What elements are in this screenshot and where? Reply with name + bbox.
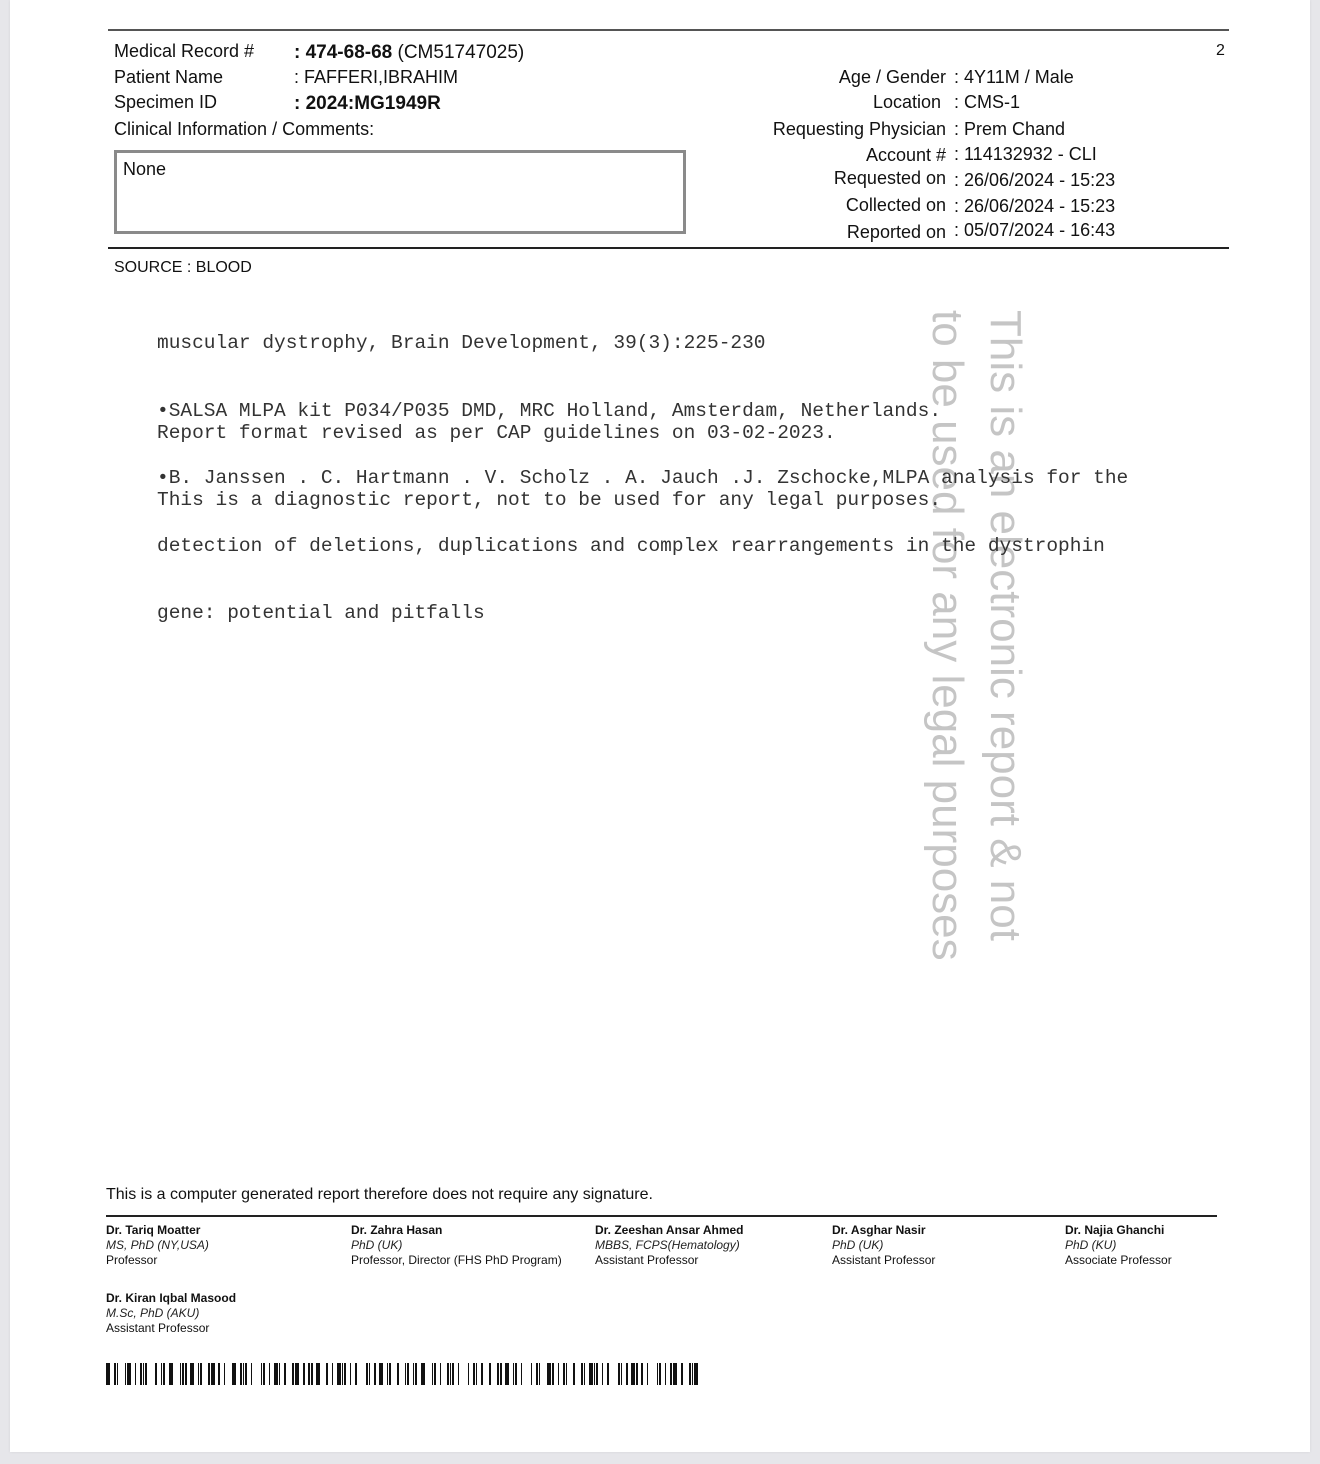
account-value: : 114132932 - CLI (954, 144, 1097, 165)
requesting-physician-label: Requesting Physician (646, 119, 946, 140)
requesting-physician-value: : Prem Chand (954, 119, 1065, 140)
doctor-title: Professor, Director (FHS PhD Program) (351, 1253, 562, 1268)
medical-record-value: : 474-68-68 (CM51747025) (294, 42, 524, 64)
clinical-comments-value: None (123, 159, 166, 180)
barcode (106, 1363, 698, 1385)
reference-line: detection of deletions, duplications and… (157, 535, 1128, 558)
source-label: SOURCE : BLOOD (114, 259, 252, 277)
doctor-title: Professor (106, 1253, 209, 1268)
header-divider (108, 247, 1229, 249)
reported-on-label: Reported on (646, 222, 946, 243)
doctor-qualification: PhD (UK) (832, 1238, 935, 1253)
requested-on-value: : 26/06/2024 - 15:23 (954, 170, 1115, 191)
specimen-id-value: : 2024:MG1949R (294, 93, 441, 115)
doctor-card: Dr. Tariq Moatter MS, PhD (NY,USA) Profe… (106, 1223, 209, 1268)
doctor-name: Dr. Tariq Moatter (106, 1223, 209, 1238)
reference-line: gene: potential and pitfalls (157, 602, 1128, 625)
doctor-title: Assistant Professor (832, 1253, 935, 1268)
doctor-card: Dr. Zahra Hasan PhD (UK) Professor, Dire… (351, 1223, 562, 1268)
doctor-card: Dr. Kiran Iqbal Masood M.Sc, PhD (AKU) A… (106, 1291, 236, 1336)
clinical-info-label: Clinical Information / Comments: (114, 119, 374, 140)
requested-on-label: Requested on (646, 168, 946, 189)
doctor-name: Dr. Kiran Iqbal Masood (106, 1291, 236, 1306)
top-divider (108, 29, 1229, 31)
collected-on-value: : 26/06/2024 - 15:23 (954, 196, 1115, 217)
references-text: muscular dystrophy, Brain Development, 3… (157, 287, 1128, 670)
format-note: Report format revised as per CAP guideli… (157, 422, 836, 445)
doctor-title: Assistant Professor (106, 1321, 236, 1336)
page-number: 2 (1216, 42, 1225, 60)
doctor-name: Dr. Zahra Hasan (351, 1223, 562, 1238)
medical-record-code: (CM51747025) (392, 42, 524, 63)
reference-line: •SALSA MLPA kit P034/P035 DMD, MRC Holla… (157, 400, 1128, 423)
diagnostic-note: This is a diagnostic report, not to be u… (157, 489, 941, 512)
doctor-name: Dr. Zeeshan Ansar Ahmed (595, 1223, 744, 1238)
patient-name-value: : FAFFERI,IBRAHIM (294, 67, 458, 88)
doctor-name: Dr. Najia Ghanchi (1065, 1223, 1172, 1238)
doctor-card: Dr. Najia Ghanchi PhD (KU) Associate Pro… (1065, 1223, 1172, 1268)
clinical-comments-box: None (114, 150, 686, 234)
reference-line: muscular dystrophy, Brain Development, 3… (157, 332, 1128, 355)
doctor-qualification: MBBS, FCPS(Hematology) (595, 1238, 744, 1253)
doctor-name: Dr. Asghar Nasir (832, 1223, 935, 1238)
medical-record-number: : 474-68-68 (294, 42, 392, 63)
doctor-qualification: M.Sc, PhD (AKU) (106, 1306, 236, 1321)
age-gender-value: : 4Y11M / Male (954, 67, 1074, 88)
account-label: Account # (646, 145, 946, 166)
location-value: : CMS-1 (954, 92, 1020, 113)
patient-name-label: Patient Name (114, 67, 223, 88)
doctor-title: Associate Professor (1065, 1253, 1172, 1268)
reported-on-value: : 05/07/2024 - 16:43 (954, 220, 1115, 241)
doctor-card: Dr. Zeeshan Ansar Ahmed MBBS, FCPS(Hemat… (595, 1223, 744, 1268)
specimen-id-label: Specimen ID (114, 92, 217, 113)
doctor-qualification: PhD (KU) (1065, 1238, 1172, 1253)
signature-note: This is a computer generated report ther… (106, 1186, 653, 1204)
doctor-card: Dr. Asghar Nasir PhD (UK) Assistant Prof… (832, 1223, 935, 1268)
doctor-qualification: PhD (UK) (351, 1238, 562, 1253)
reference-line: •B. Janssen . C. Hartmann . V. Scholz . … (157, 467, 1128, 490)
footer-divider (106, 1215, 1217, 1217)
age-gender-label: Age / Gender (646, 67, 946, 88)
report-page: 2 Medical Record # : 474-68-68 (CM517470… (10, 0, 1310, 1452)
doctor-title: Assistant Professor (595, 1253, 744, 1268)
location-label: Location (641, 92, 941, 113)
doctor-qualification: MS, PhD (NY,USA) (106, 1238, 209, 1253)
collected-on-label: Collected on (646, 195, 946, 216)
medical-record-label: Medical Record # (114, 41, 254, 62)
